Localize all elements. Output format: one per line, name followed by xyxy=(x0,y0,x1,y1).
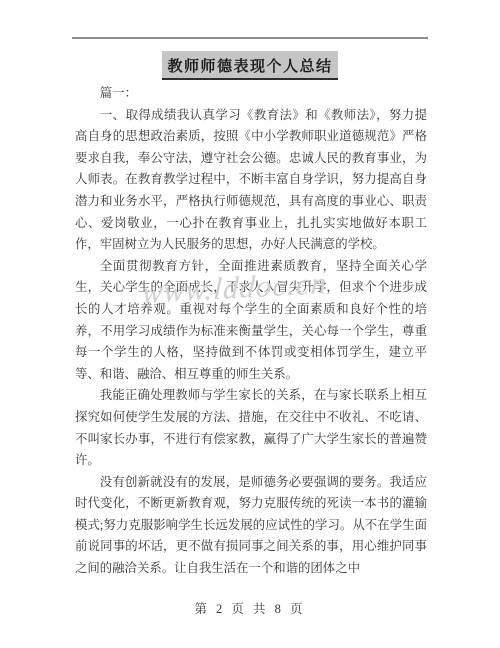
paragraph: 没有创新就没有的发展，是师德务必要强调的要务。我适应时代变化，不断更新教育观，努… xyxy=(75,472,427,580)
paragraph: 全面贯彻教育方针，全面推进素质教育，坚持全面关心学生，关心学生的全面成长，不求人… xyxy=(75,256,427,386)
title-row: 教师师德表现个人总结 xyxy=(0,51,500,80)
paragraph: 我能正确处理教师与学生家长的关系，在与家长联系上相互探究如何使学生发展的方法、措… xyxy=(75,385,427,471)
page-number-footer: 第 2 页 共 8 页 xyxy=(0,599,500,617)
header-divider xyxy=(72,37,428,39)
document-body: 篇一： 一、取得成绩我认真学习《教育法》和《教师法》，努力提高自身的思想政治素质… xyxy=(75,83,427,580)
paragraph: 一、取得成绩我认真学习《教育法》和《教师法》，努力提高自身的思想政治素质，按照《… xyxy=(75,105,427,256)
document-page: 教师师德表现个人总结 篇一： 一、取得成绩我认真学习《教育法》和《教师法》，努力… xyxy=(0,0,500,648)
section-label: 篇一： xyxy=(75,83,427,105)
page-title: 教师师德表现个人总结 xyxy=(162,51,337,80)
